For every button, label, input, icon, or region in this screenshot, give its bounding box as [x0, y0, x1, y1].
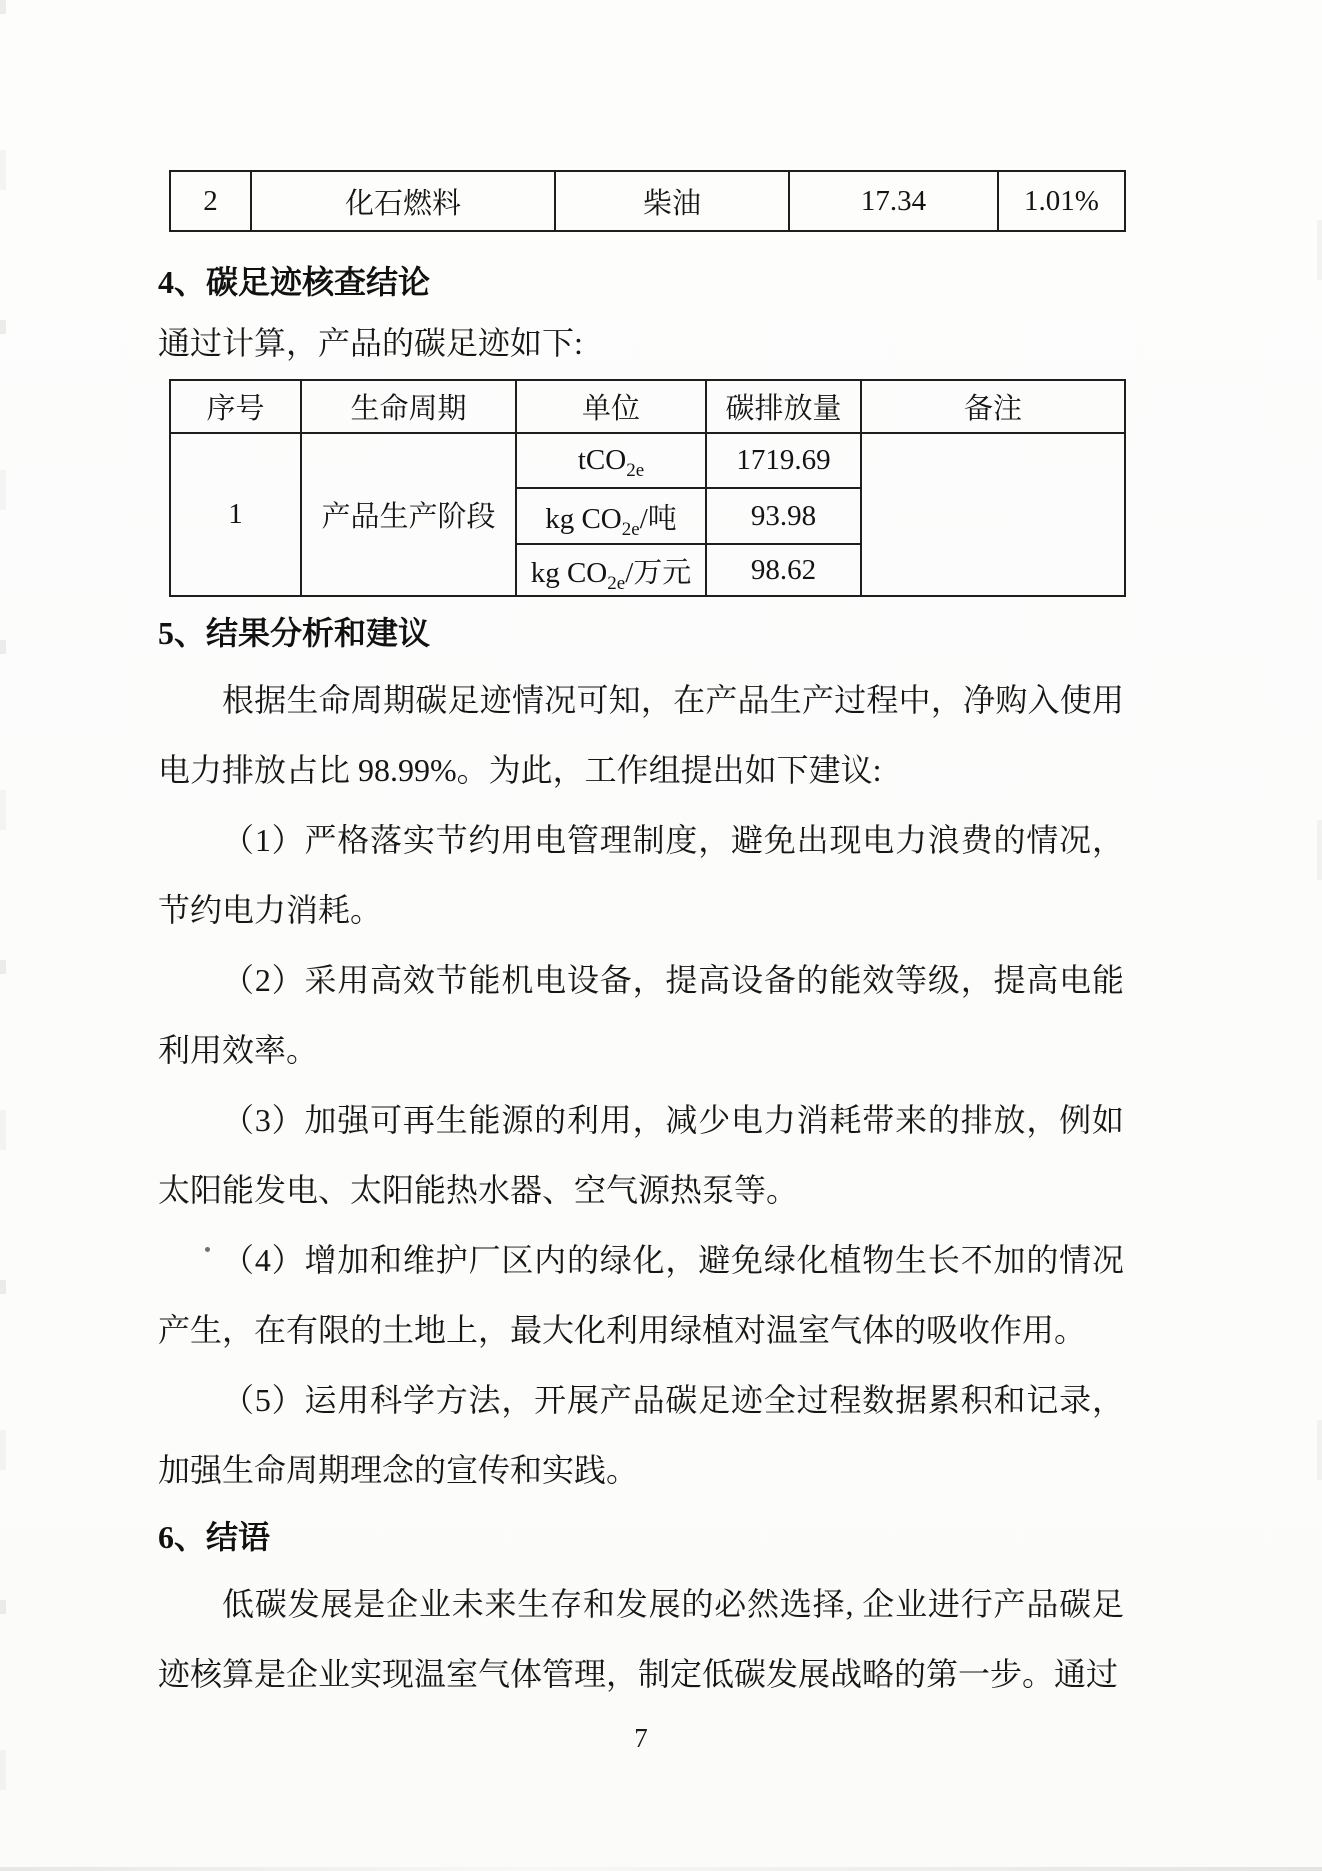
cell-serial: 2 — [170, 171, 251, 231]
unit-subscript: 2e — [626, 460, 644, 481]
cell-serial: 1 — [170, 433, 301, 596]
cell-unit: tCO2e — [516, 433, 706, 488]
section4-number: 4、 — [158, 264, 206, 300]
unit-subscript: 2e — [622, 519, 640, 540]
cell-type: 柴油 — [555, 171, 789, 231]
cell-emission: 98.62 — [706, 544, 861, 596]
section4-title: 碳足迹核查结论 — [206, 264, 430, 300]
cell-unit: kg CO2e/万元 — [516, 544, 706, 596]
unit-text: kg CO — [531, 557, 608, 589]
table-header-row: 序号 生命周期 单位 碳排放量 备注 — [170, 380, 1125, 433]
section4-intro-text: 通过计算，产品的碳足迹如下: — [158, 308, 1124, 378]
table-row: 1 产品生产阶段 tCO2e 1719.69 — [170, 433, 1125, 488]
unit-subscript: 2e — [607, 573, 625, 594]
section6-title: 结语 — [206, 1519, 270, 1555]
footprint-table: 序号 生命周期 单位 碳排放量 备注 1 产品生产阶段 tCO2e 1719.6… — [169, 379, 1126, 597]
cell-percent: 1.01% — [998, 171, 1125, 231]
scan-speck — [205, 1247, 210, 1252]
paragraph-conclusion: 低碳发展是企业未来生存和发展的必然选择, 企业进行产品碳足迹核算是企业实现温室气… — [158, 1569, 1124, 1709]
section6-heading: 6、结语 — [158, 1505, 1124, 1569]
header-emission: 碳排放量 — [706, 380, 861, 433]
scan-artifact-right — [1317, 0, 1322, 1871]
header-remark: 备注 — [861, 380, 1125, 433]
table-row: 2 化石燃料 柴油 17.34 1.01% — [170, 171, 1125, 231]
scan-artifact-left — [0, 0, 6, 1871]
cell-category: 化石燃料 — [251, 171, 555, 231]
paragraph-suggestion-1: （1）严格落实节约用电管理制度，避免出现电力浪费的情况，节约电力消耗。 — [158, 805, 1124, 945]
section5-heading: 5、结果分析和建议 — [158, 601, 1124, 665]
cell-unit: kg CO2e/吨 — [516, 488, 706, 544]
paragraph-suggestion-4: （4）增加和维护厂区内的绿化，避免绿化植物生长不加的情况产生，在有限的土地上，最… — [158, 1225, 1124, 1365]
cell-emission: 1719.69 — [706, 433, 861, 488]
cell-lifecycle: 产品生产阶段 — [301, 433, 516, 596]
paragraph-suggestion-3: （3）加强可再生能源的利用，减少电力消耗带来的排放，例如太阳能发电、太阳能热水器… — [158, 1085, 1124, 1225]
section6-number: 6、 — [158, 1519, 206, 1555]
header-lifecycle: 生命周期 — [301, 380, 516, 433]
unit-text: kg CO — [545, 503, 622, 535]
header-serial: 序号 — [170, 380, 301, 433]
paragraph-suggestion-5: （5）运用科学方法，开展产品碳足迹全过程数据累积和记录，加强生命周期理念的宣传和… — [158, 1365, 1124, 1505]
unit-text: tCO — [578, 444, 626, 476]
paragraph-analysis: 根据生命周期碳足迹情况可知，在产品生产过程中，净购入使用电力排放占比 98.99… — [158, 665, 1124, 805]
section5-number: 5、 — [158, 615, 206, 651]
cell-emission: 93.98 — [706, 488, 861, 544]
cell-value: 17.34 — [789, 171, 998, 231]
unit-suffix: /吨 — [640, 503, 677, 535]
fossil-fuel-table: 2 化石燃料 柴油 17.34 1.01% — [169, 170, 1126, 232]
document-page: 2 化石燃料 柴油 17.34 1.01% 4、碳足迹核查结论 通过计算，产品的… — [0, 0, 1322, 1871]
scan-artifact-bottom — [0, 1867, 1322, 1871]
page-number: 7 — [158, 1703, 1124, 1773]
section5-title: 结果分析和建议 — [206, 615, 430, 651]
header-unit: 单位 — [516, 380, 706, 433]
unit-suffix: /万元 — [625, 557, 691, 589]
paragraph-suggestion-2: （2）采用高效节能机电设备，提高设备的能效等级，提高电能利用效率。 — [158, 945, 1124, 1085]
section4-heading: 4、碳足迹核查结论 — [158, 250, 1124, 314]
cell-remark — [861, 433, 1125, 596]
